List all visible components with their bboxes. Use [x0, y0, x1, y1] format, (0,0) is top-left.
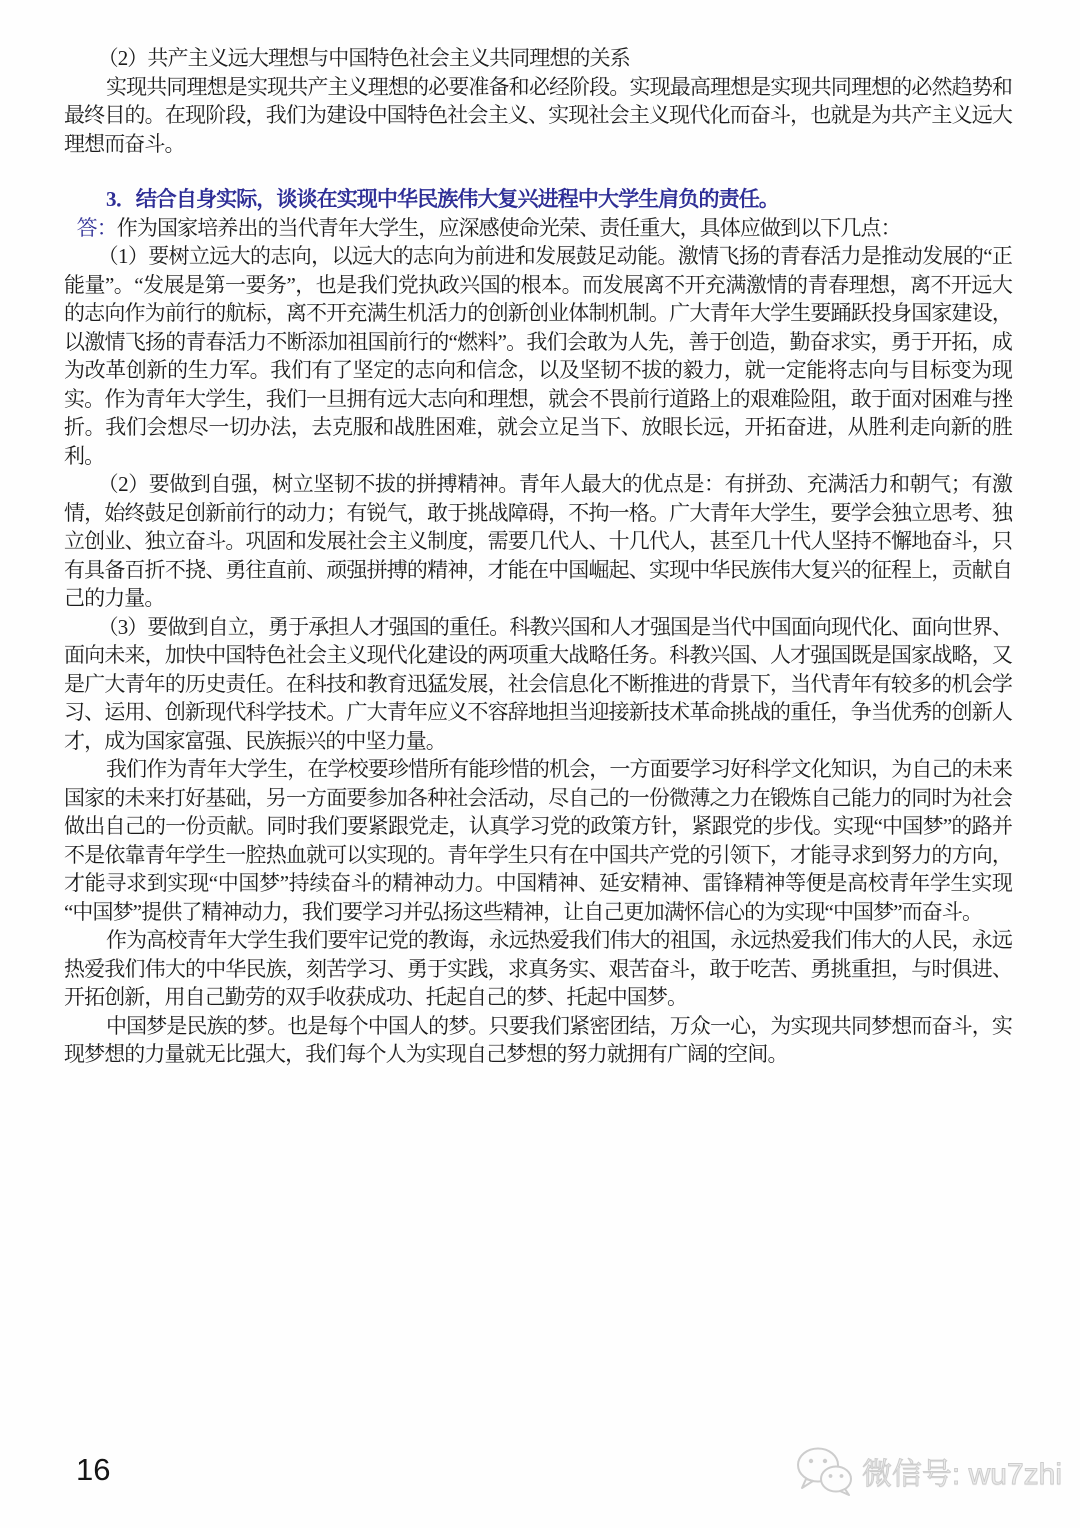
document-page: （2）共产主义远大理想与中国特色社会主义共同理想的关系 实现共同理想是实现共产主… [0, 0, 1080, 1528]
question3-heading: 3．结合自身实际，谈谈在实现中华民族伟大复兴进程中大学生肩负的责任。 [64, 185, 1012, 214]
answer-intro-text: 作为国家培养出的当代青年大学生，应深感使命光荣、责任重大，具体应做到以下几点： [117, 216, 901, 240]
conclusion-paragraph-3: 中国梦是民族的梦。也是每个中国人的梦。只要我们紧密团结，万众一心，为实现共同梦想… [64, 1012, 1012, 1069]
section2-heading: （2）共产主义远大理想与中国特色社会主义共同理想的关系 [64, 44, 1012, 73]
conclusion-paragraph-2: 作为高校青年大学生我们要牢记党的教诲，永远热爱我们伟大的祖国，永远热爱我们伟大的… [64, 926, 1012, 1012]
conclusion-paragraph-1: 我们作为青年大学生，在学校要珍惜所有能珍惜的机会，一方面要学习好科学文化知识，为… [64, 755, 1012, 926]
document-content: （2）共产主义远大理想与中国特色社会主义共同理想的关系 实现共同理想是实现共产主… [64, 44, 1012, 1069]
wechat-icon [796, 1446, 854, 1496]
answer-point-2: （2）要做到自强，树立坚韧不拔的拼搏精神。青年人最大的优点是：有拼劲、充满活力和… [64, 470, 1012, 613]
answer-point-3: （3）要做到自立，勇于承担人才强国的重任。科教兴国和人才强国是当代中国面向现代化… [64, 613, 1012, 756]
watermark-text: 微信号: wu7zhi [862, 1449, 1062, 1493]
page-number: 16 [76, 1452, 110, 1488]
answer-point-1: （1）要树立远大的志向，以远大的志向为前进和发展鼓足动能。激情飞扬的青春活力是推… [64, 242, 1012, 470]
answer-intro-paragraph: 答：作为国家培养出的当代青年大学生，应深感使命光荣、责任重大，具体应做到以下几点… [64, 214, 1012, 243]
watermark: 微信号: wu7zhi [796, 1446, 1062, 1496]
section2-body: 实现共同理想是实现共产主义理想的必要准备和必经阶段。实现最高理想是实现共同理想的… [64, 73, 1012, 159]
answer-label: 答： [77, 216, 117, 240]
